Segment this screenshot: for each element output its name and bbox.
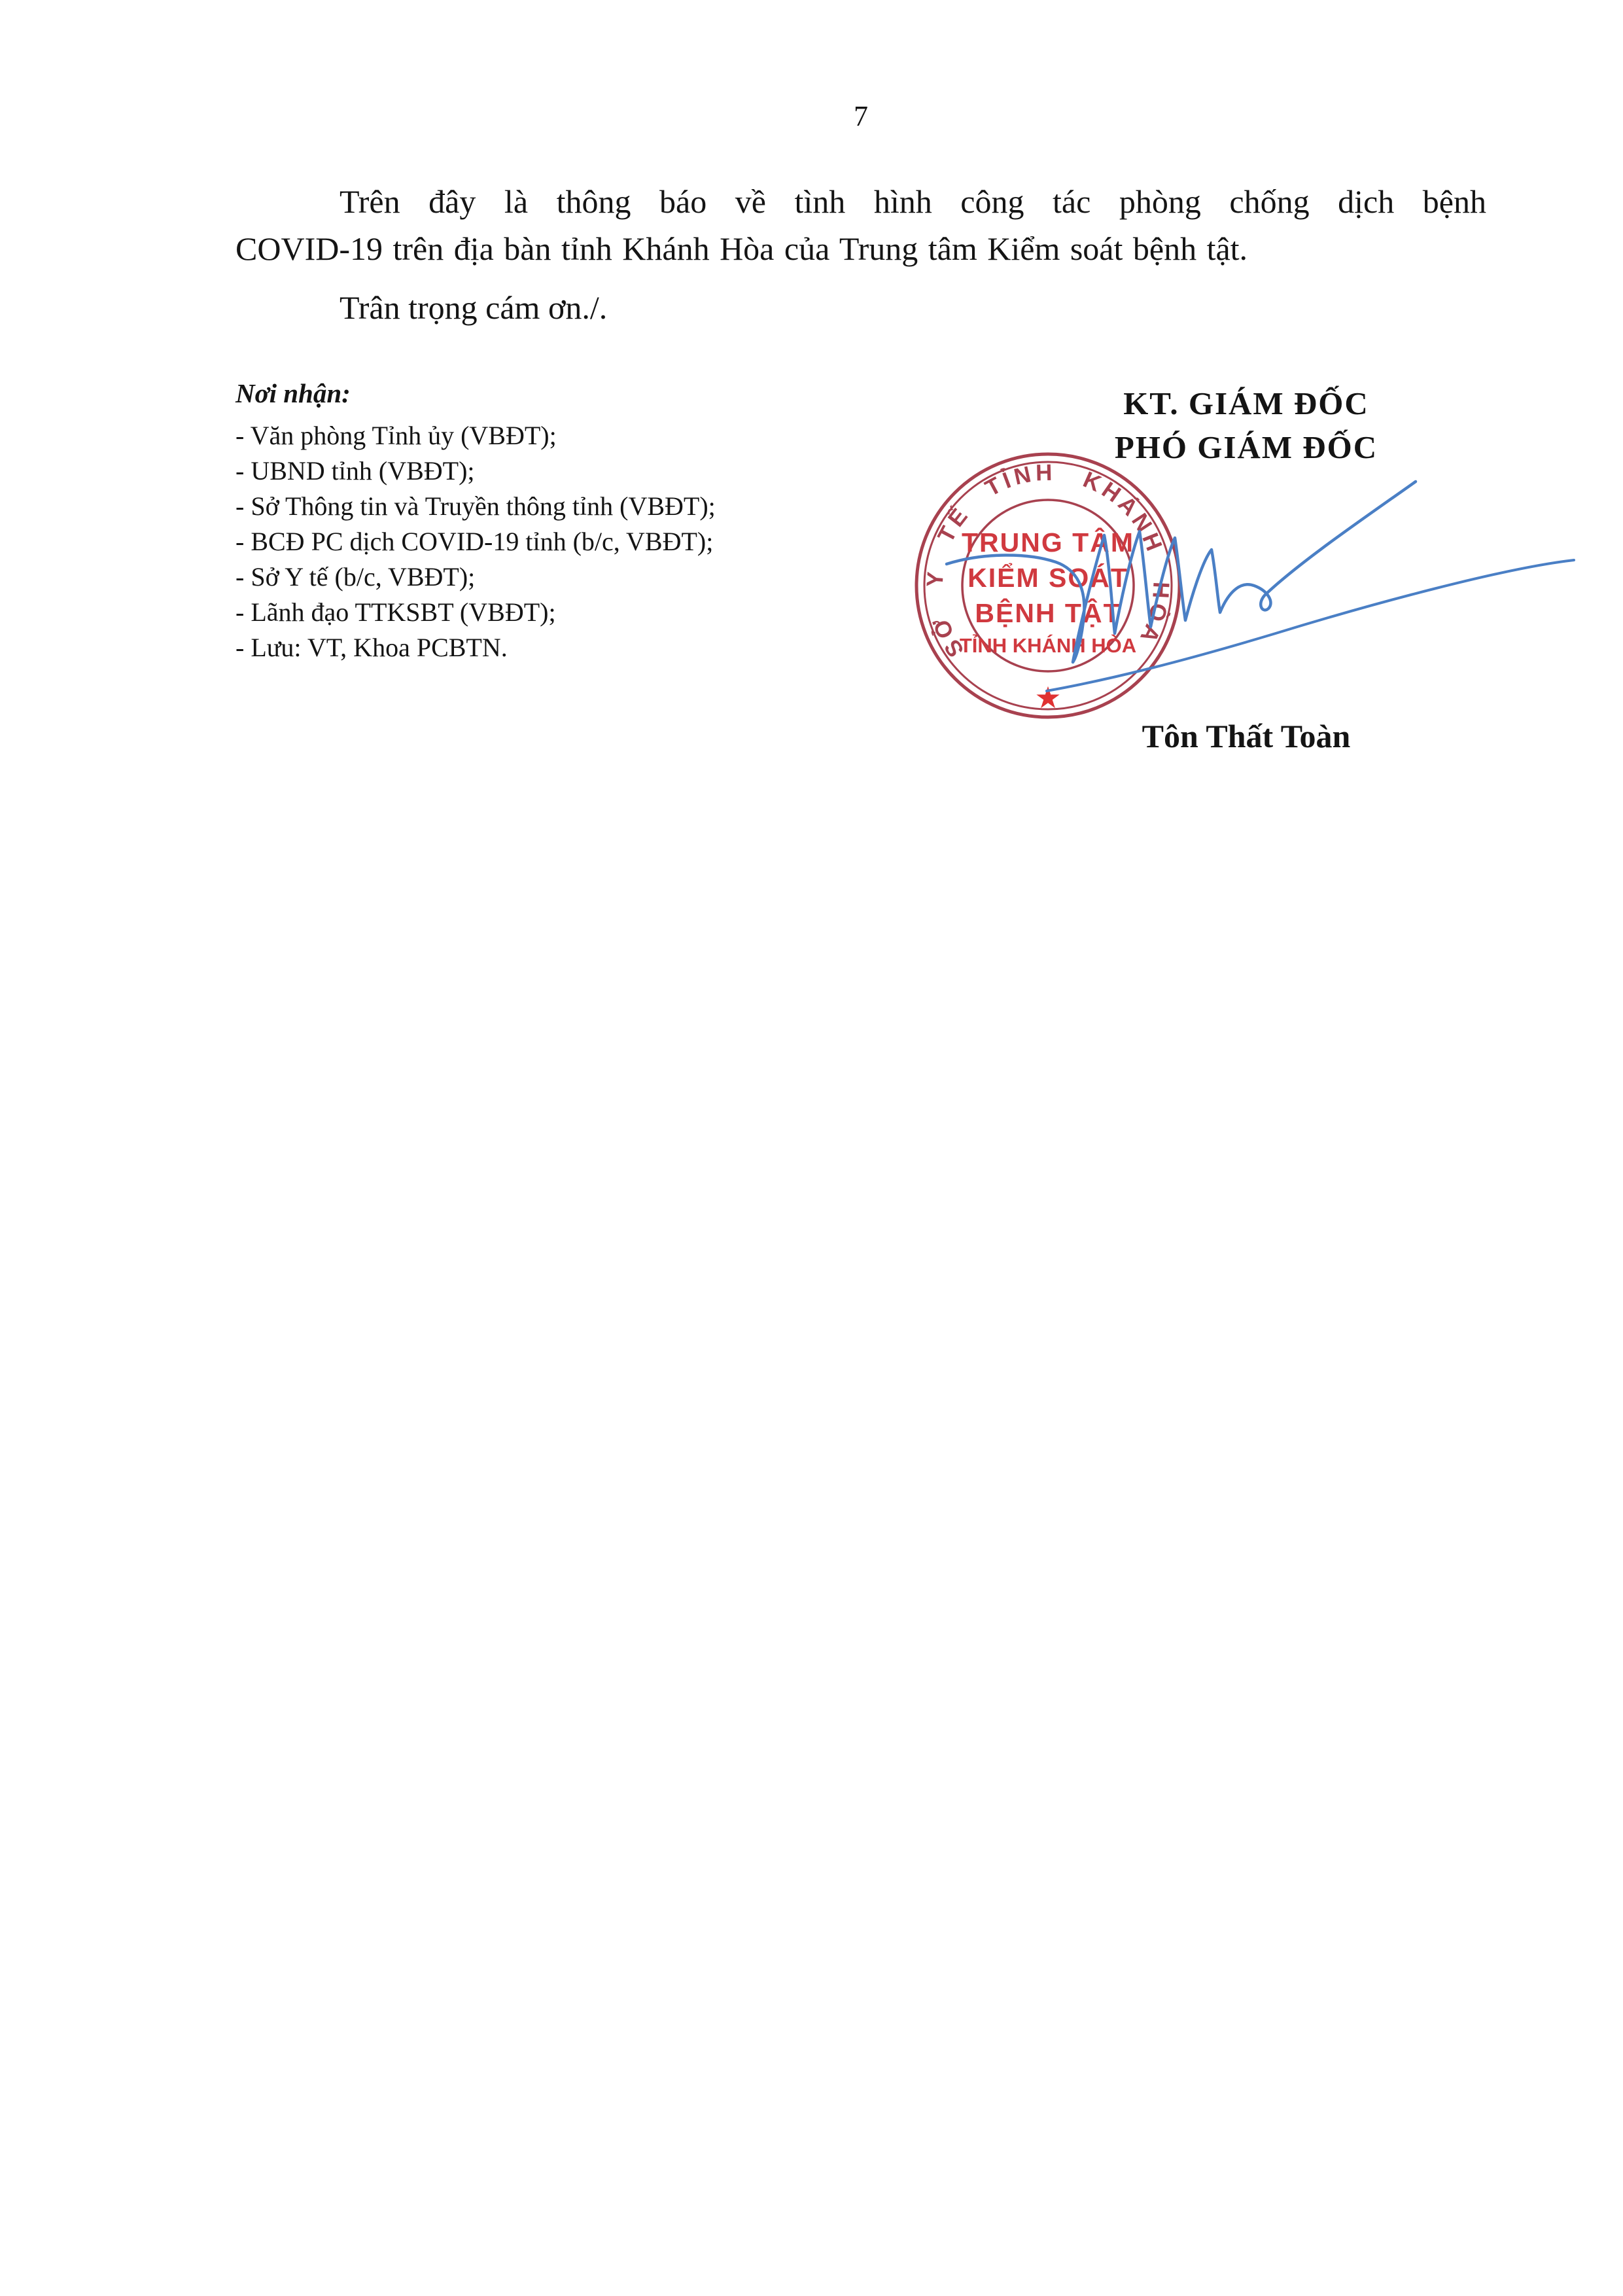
recipient-item: - Lãnh đạo TTKSBT (VBĐT); <box>236 595 955 630</box>
recipient-item: - Văn phòng Tỉnh ủy (VBĐT); <box>236 418 955 453</box>
recipients-heading: Nơi nhận: <box>236 378 955 409</box>
closing-line: Trân trọng cám ơn./. <box>340 289 607 327</box>
recipient-item: - Sở Thông tin và Truyền thông tỉnh (VBĐ… <box>236 489 955 524</box>
recipients-block: Nơi nhận: - Văn phòng Tỉnh ủy (VBĐT); - … <box>236 378 955 665</box>
recipient-item: - Sở Y tế (b/c, VBĐT); <box>236 559 955 595</box>
recipient-item: - BCĐ PC dịch COVID-19 tỉnh (b/c, VBĐT); <box>236 524 955 559</box>
recipient-item: - UBND tỉnh (VBĐT); <box>236 453 955 489</box>
body-paragraph-line-1: Trên đây là thông báo về tình hình công … <box>340 183 1486 221</box>
page-number: 7 <box>236 99 1486 133</box>
document-page: 7 Trên đây là thông báo về tình hình côn… <box>0 0 1623 2296</box>
signer-name: Tôn Thất Toàn <box>1011 717 1482 755</box>
signature-scrawl-stroke <box>947 482 1416 662</box>
body-paragraph-line-2: COVID-19 trên địa bàn tỉnh Khánh Hòa của… <box>236 230 1486 268</box>
recipient-item: - Lưu: VT, Khoa PCBTN. <box>236 630 955 665</box>
